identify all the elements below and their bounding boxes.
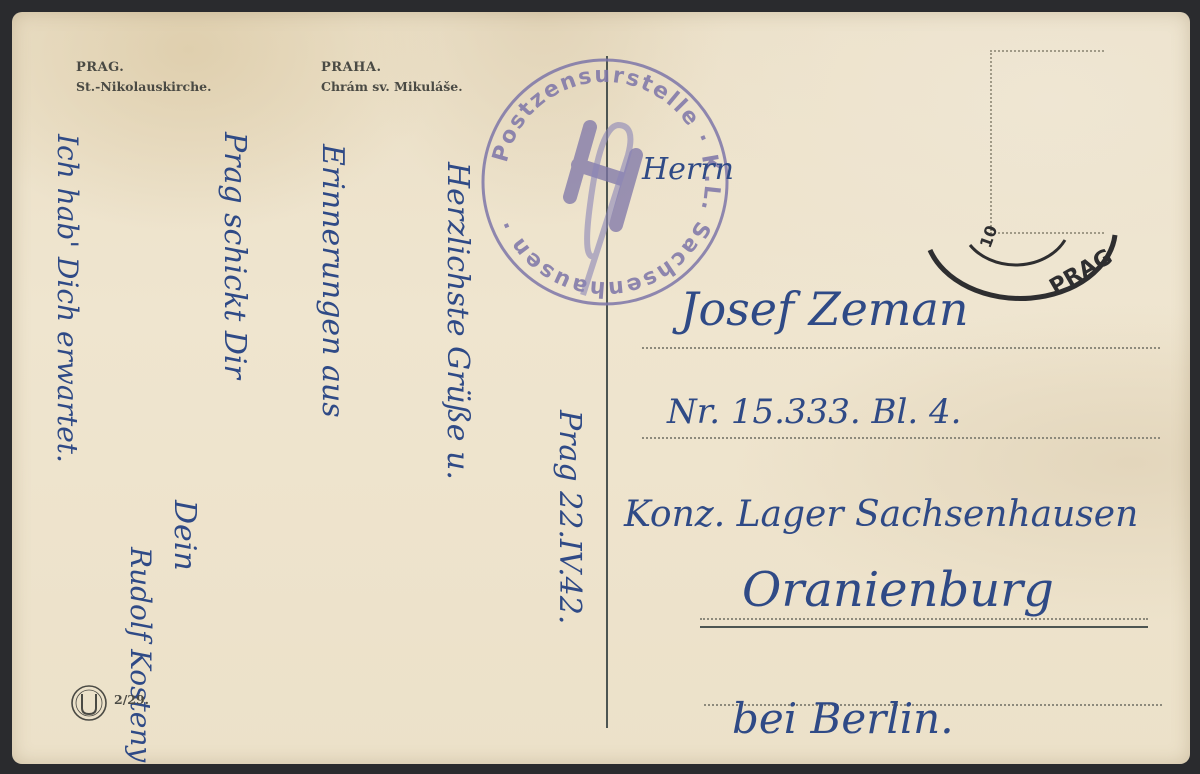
caption-czech-city: PRAHA.	[321, 58, 463, 77]
caption-german-city: PRAG.	[76, 58, 212, 77]
message-line-1: Herzlichste Grüße u.	[440, 162, 475, 480]
address-name: Josef Zeman	[680, 282, 968, 336]
postcard-back: PRAG. St.-Nikolauskirche. PRAHA. Chrám s…	[12, 12, 1190, 764]
message-signature: Rudolf Kosteny	[124, 547, 157, 762]
caption-czech: PRAHA. Chrám sv. Mikuláše.	[321, 58, 463, 96]
address-underline	[700, 626, 1148, 628]
publisher-series-number: 2/29.	[114, 692, 149, 707]
address-line-1	[642, 347, 1160, 349]
caption-german: PRAG. St.-Nikolauskirche.	[76, 58, 212, 96]
message-line-2: Erinnerungen aus	[315, 144, 350, 418]
svg-text:PRAG: PRAG	[1046, 244, 1118, 300]
caption-german-subject: St.-Nikolauskirche.	[76, 77, 212, 96]
publisher-logo-icon	[70, 684, 108, 722]
address-line-3	[700, 618, 1148, 620]
svg-text:10: 10	[976, 223, 1001, 250]
address-salutation: Herrn	[642, 152, 734, 187]
address-number: Nr. 15.333. Bl. 4.	[667, 392, 961, 432]
message-line-3: Prag schickt Dir	[217, 132, 252, 379]
address-city: Oranienburg	[742, 562, 1054, 618]
message-postscript: Ich hab' Dich erwartet.	[51, 134, 84, 463]
message-line-4: Dein	[167, 500, 202, 571]
caption-czech-subject: Chrám sv. Mikuláše.	[321, 77, 463, 96]
message-date: Prag 22.IV.42.	[552, 410, 587, 624]
address-camp: Konz. Lager Sachsenhausen	[624, 494, 1138, 535]
address-line-2	[642, 437, 1160, 439]
address-region: bei Berlin.	[732, 694, 954, 743]
